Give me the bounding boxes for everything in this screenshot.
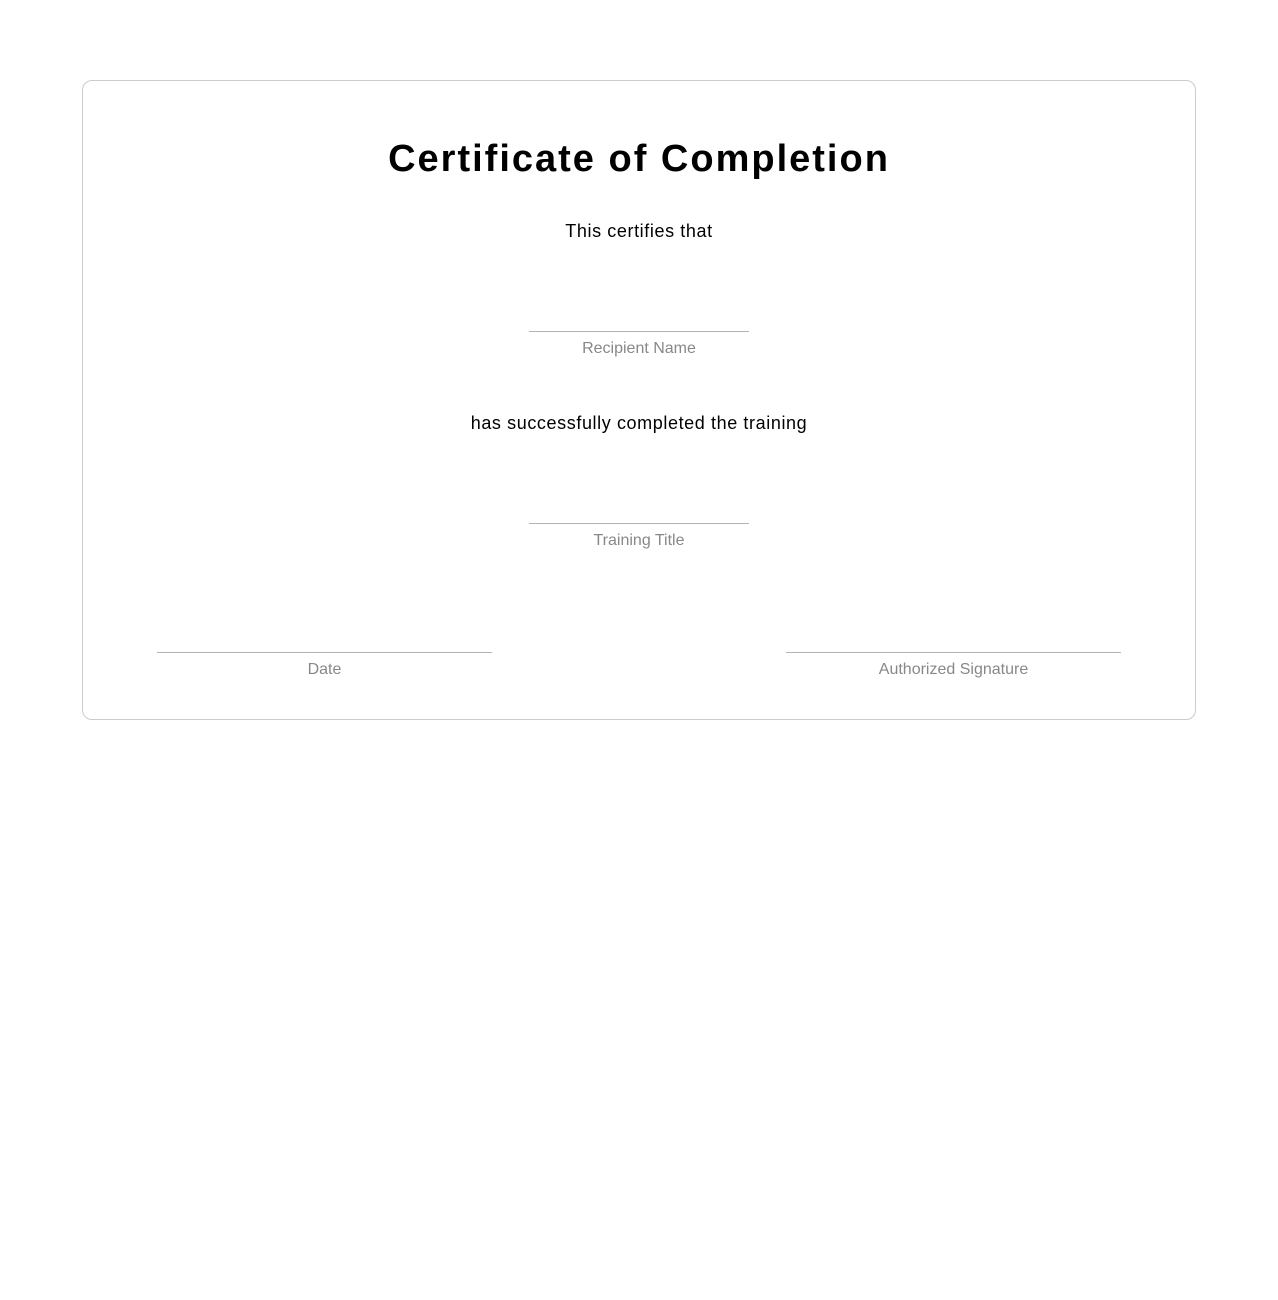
certificate-title: Certificate of Completion [83, 137, 1195, 181]
signature-label: Authorized Signature [786, 660, 1121, 680]
date-line [157, 652, 492, 653]
completion-text: has successfully completed the training [83, 412, 1195, 434]
recipient-name-field: Recipient Name [529, 331, 749, 359]
signature-field: Authorized Signature [786, 652, 1121, 680]
intro-text: This certifies that [83, 220, 1195, 242]
recipient-name-label: Recipient Name [529, 339, 749, 359]
date-field: Date [157, 652, 492, 680]
training-title-label: Training Title [529, 531, 749, 551]
signature-line [786, 652, 1121, 653]
certificate-card: Certificate of Completion This certifies… [82, 80, 1196, 720]
training-title-line [529, 523, 749, 524]
date-label: Date [157, 660, 492, 680]
recipient-name-line [529, 331, 749, 332]
training-title-field: Training Title [529, 523, 749, 551]
